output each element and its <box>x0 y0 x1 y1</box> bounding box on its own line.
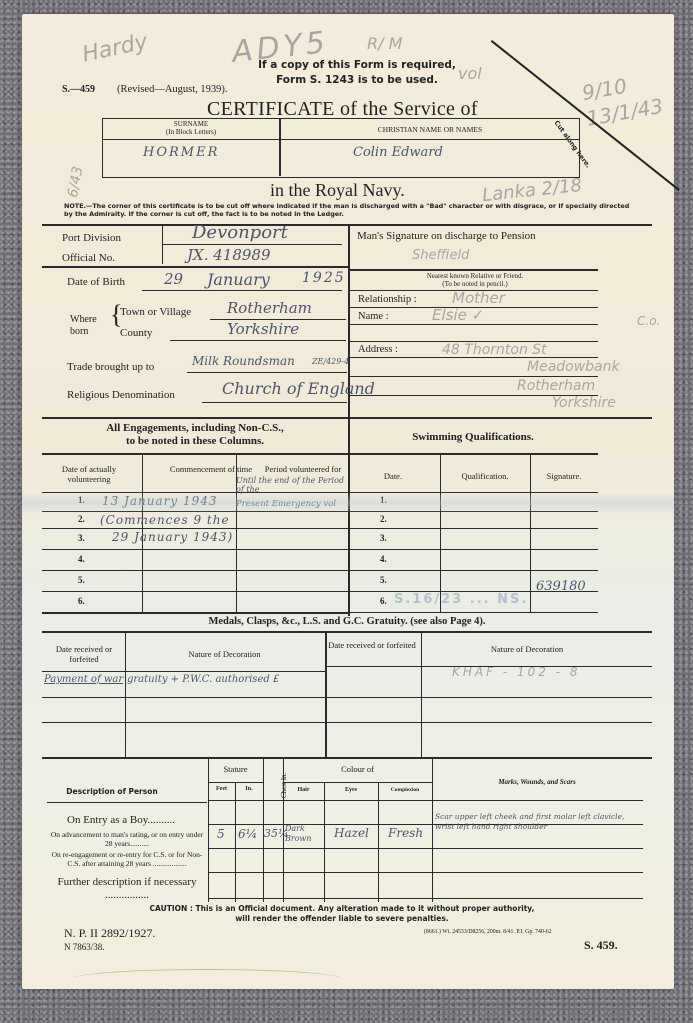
marks-header: Marks, Wounds, and Scars <box>432 778 642 786</box>
eyes-header: Eyes <box>324 787 378 793</box>
service-certificate: Hardy ADY5 R/ M vol 9/10 13/1/43 6/43 La… <box>22 14 674 989</box>
divider <box>142 290 342 291</box>
divider <box>42 417 652 419</box>
complexion-header: Complexion <box>378 787 432 793</box>
value-complexion: Fresh <box>388 826 423 840</box>
caution-label: CAUTION : <box>150 904 193 913</box>
medal-col-nature-right: Nature of Decoration <box>427 644 627 654</box>
paper-crease <box>72 969 342 989</box>
eng-row-num: 1. <box>78 495 85 505</box>
surname-label-text: SURNAME <box>103 120 279 128</box>
divider <box>42 570 348 571</box>
official-no-label: Official No. <box>62 252 115 264</box>
divider <box>208 872 643 873</box>
divider <box>348 511 598 512</box>
divider <box>348 224 350 616</box>
chest-header: Chest In. <box>280 773 288 798</box>
swim-row-num: 2. <box>380 514 387 524</box>
address-line-2: Meadowbank <box>527 359 620 375</box>
divider <box>348 612 598 613</box>
town-label: Town or Village <box>120 306 191 318</box>
row-label-boy: On Entry as a Boy.......... <box>67 814 207 826</box>
value-hair: Dark Brown <box>285 824 325 844</box>
form-number: S.—459 <box>62 84 95 95</box>
eng-row-num: 5. <box>78 575 85 585</box>
divider <box>208 800 643 801</box>
swim-row-num: 1. <box>380 495 387 505</box>
print-reference: (8661.) Wt. 24533/D8256, 200m. 8/41. P.I… <box>424 929 552 935</box>
eng-row-1-period: Until the end of the Period of the <box>236 476 351 494</box>
form-code: S. 459. <box>584 938 618 953</box>
surname-sublabel-text: (In Block Letters) <box>103 128 279 136</box>
divider <box>440 453 441 613</box>
pencil-note-left-margin: 6/43 <box>65 165 86 199</box>
relative-name-value: Elsie ✓ <box>432 306 484 324</box>
divider <box>42 722 652 723</box>
swim-row-num: 4. <box>380 554 387 564</box>
swim-col-signature: Signature. <box>530 471 598 481</box>
medals-heading: Medals, Clasps, &c., L.S. and G.C. Gratu… <box>42 616 652 627</box>
relative-heading: Nearest known Relative or Friend. (To be… <box>352 272 598 288</box>
divider <box>348 357 598 358</box>
eng-row-1-date: 13 January 1943 <box>102 494 218 508</box>
christian-name-label: CHRISTIAN NAME OR NAMES <box>281 125 579 134</box>
divider <box>42 697 652 698</box>
swim-col-date: Date. <box>348 471 438 481</box>
hair-header: Hair <box>283 787 324 793</box>
value-eyes: Hazel <box>334 826 369 840</box>
where-label: Where <box>70 314 97 326</box>
name-box-vdivider <box>279 119 281 176</box>
relative-name-label: Name : <box>358 311 389 322</box>
swim-row-6-signature: 639180 <box>536 579 586 594</box>
religion-label: Religious Denomination <box>67 389 175 401</box>
divider <box>42 528 348 529</box>
where-born-label: Where born <box>70 314 97 338</box>
medal-col-date-right: Date received or forfeited <box>327 640 417 650</box>
inches-header: In. <box>235 786 263 792</box>
divider <box>348 528 598 529</box>
name-box-divider <box>103 139 579 140</box>
divider <box>348 570 598 571</box>
divider <box>202 402 347 403</box>
divider <box>208 898 643 899</box>
n-reference: N 7863/38. <box>64 942 105 952</box>
row-label-further: Further description if necessary .......… <box>47 876 207 902</box>
divider <box>283 782 432 783</box>
relative-subheading-text: (To be noted in pencil.) <box>352 280 598 288</box>
county-value: Yorkshire <box>227 320 299 338</box>
col-commencement: Commencement of time <box>165 464 257 474</box>
trade-label: Trade brought up to <box>67 361 154 373</box>
official-no-value: JX. 418989 <box>187 246 271 264</box>
eng-row-num: 4. <box>78 554 85 564</box>
medal-col-date-left: Date received or forfeited <box>44 644 124 664</box>
swim-row-num: 3. <box>380 533 387 543</box>
surname-value: HORMER <box>143 145 219 160</box>
value-inches: 6¼ <box>238 827 257 841</box>
divider <box>348 376 598 377</box>
eng-row-num: 2. <box>78 514 85 524</box>
medal-entry-date: Payment of war <box>44 674 123 685</box>
port-division-label: Port Division <box>62 232 121 244</box>
dob-label: Date of Birth <box>67 276 125 288</box>
divider <box>42 757 652 759</box>
divider <box>530 453 531 613</box>
name-box: SURNAME (In Block Letters) CHRISTIAN NAM… <box>102 118 580 178</box>
relative-heading-text: Nearest known Relative or Friend. <box>352 272 598 280</box>
description-heading: Description of Person <box>52 787 172 796</box>
col-period: Period volunteered for <box>257 464 349 474</box>
signature-value: Sheffield <box>412 248 469 263</box>
address-line-3: Rotherham <box>517 378 595 394</box>
born-label: born <box>70 326 97 338</box>
engagements-heading: All Engagements, including Non-C.S., to … <box>42 422 348 448</box>
pencil-note-rm: R/ M <box>367 34 402 53</box>
divider <box>187 372 347 373</box>
swim-row-num: 5. <box>380 575 387 585</box>
divider <box>208 757 209 902</box>
relationship-label: Relationship : <box>358 294 417 305</box>
col-date-volunteering: Date of actually volunteering <box>44 464 134 484</box>
dob-year: 1925 <box>302 270 346 286</box>
divider <box>42 671 325 672</box>
signature-label: Man's Signature on discharge to Pension <box>357 230 536 242</box>
swim-col-qualification: Qualification. <box>440 471 530 481</box>
swim-row-6-stamp: S.16/23 ... NS. <box>394 592 528 607</box>
copy-note-line-2: Form S. 1243 is to be used. <box>232 73 482 88</box>
divider <box>162 244 342 245</box>
stature-header: Stature <box>208 764 263 774</box>
trade-value: Milk Roundsman <box>192 354 295 368</box>
divider <box>125 631 126 759</box>
port-division-value: Devonport <box>192 222 288 243</box>
eng-row-num: 6. <box>78 596 85 606</box>
divider <box>42 492 348 493</box>
divider <box>348 324 598 325</box>
divider <box>42 549 348 550</box>
medal-pencil-note: KHAF - 102 - 8 <box>452 665 580 679</box>
medal-entry-nature: gratuity + P.W.C. authorised £ <box>127 674 279 685</box>
caution-note: CAUTION : This is an Official document. … <box>102 904 582 924</box>
revision-date: (Revised—August, 1939). <box>117 84 228 95</box>
value-feet: 5 <box>217 827 225 841</box>
divider <box>348 269 598 271</box>
medal-col-nature-left: Nature of Decoration <box>127 649 322 659</box>
value-marks: Scar upper left cheek and first molar le… <box>435 812 645 832</box>
royal-navy-subtitle: in the Royal Navy. <box>270 180 405 201</box>
dob-month: January <box>207 270 270 289</box>
trade-code: ZE/429-4 <box>312 357 349 366</box>
dob-day: 29 <box>164 270 183 288</box>
divider <box>208 848 643 849</box>
divider <box>42 612 348 614</box>
divider <box>42 453 348 455</box>
county-label: County <box>120 327 152 339</box>
copy-note-line-1: If a copy of this Form is required, <box>232 58 482 73</box>
divider <box>42 224 652 226</box>
divider <box>42 591 348 592</box>
feet-header: Feet <box>208 786 235 792</box>
address-label: Address : <box>358 344 398 355</box>
swim-row-num: 6. <box>380 596 387 606</box>
swimming-heading: Swimming Qualifications. <box>348 431 598 443</box>
divider <box>325 631 327 759</box>
caution-text-1: This is an Official document. Any altera… <box>196 904 535 913</box>
divider <box>421 631 422 759</box>
address-line-4: Yorkshire <box>552 395 616 411</box>
address-line-1: 48 Thornton St <box>442 342 547 358</box>
divider <box>348 492 598 493</box>
divider <box>170 340 346 341</box>
divider <box>348 549 598 550</box>
caution-text-2: will render the offender liable to sever… <box>102 914 582 924</box>
np-reference: N. P. II 2892/1927. <box>64 926 155 941</box>
copy-note: If a copy of this Form is required, Form… <box>232 58 482 88</box>
colour-of-header: Colour of <box>283 764 432 774</box>
eng-row-2-date: (Commences 9 the <box>100 513 230 527</box>
row-label-reengagement: On re-engagement or re-entry for C.S. or… <box>47 850 207 868</box>
town-value: Rotherham <box>227 299 312 317</box>
divider <box>47 802 207 803</box>
divider <box>42 266 348 268</box>
christian-name-value: Colin Edward <box>353 145 443 160</box>
relationship-value: Mother <box>452 289 505 307</box>
divider <box>208 782 263 783</box>
eng-row-3-date: 29 January 1943) <box>112 530 233 544</box>
pencil-note-right-margin: C.o. <box>637 314 660 328</box>
eng-row-2-period: Present Emergency vol <box>236 498 351 510</box>
cut-off-note: NOTE.—The corner of this certificate is … <box>64 202 634 218</box>
eng-row-num: 3. <box>78 533 85 543</box>
divider <box>42 511 348 512</box>
row-label-advancement: On advancement to man's rating, or on en… <box>47 830 207 848</box>
divider <box>348 453 598 455</box>
engagements-heading-line-1: All Engagements, including Non-C.S., <box>42 422 348 435</box>
divider <box>42 631 652 633</box>
pencil-note-hardy: Hardy <box>80 29 150 67</box>
engagements-heading-line-2: to be noted in these Columns. <box>42 435 348 448</box>
surname-label: SURNAME (In Block Letters) <box>103 120 279 136</box>
